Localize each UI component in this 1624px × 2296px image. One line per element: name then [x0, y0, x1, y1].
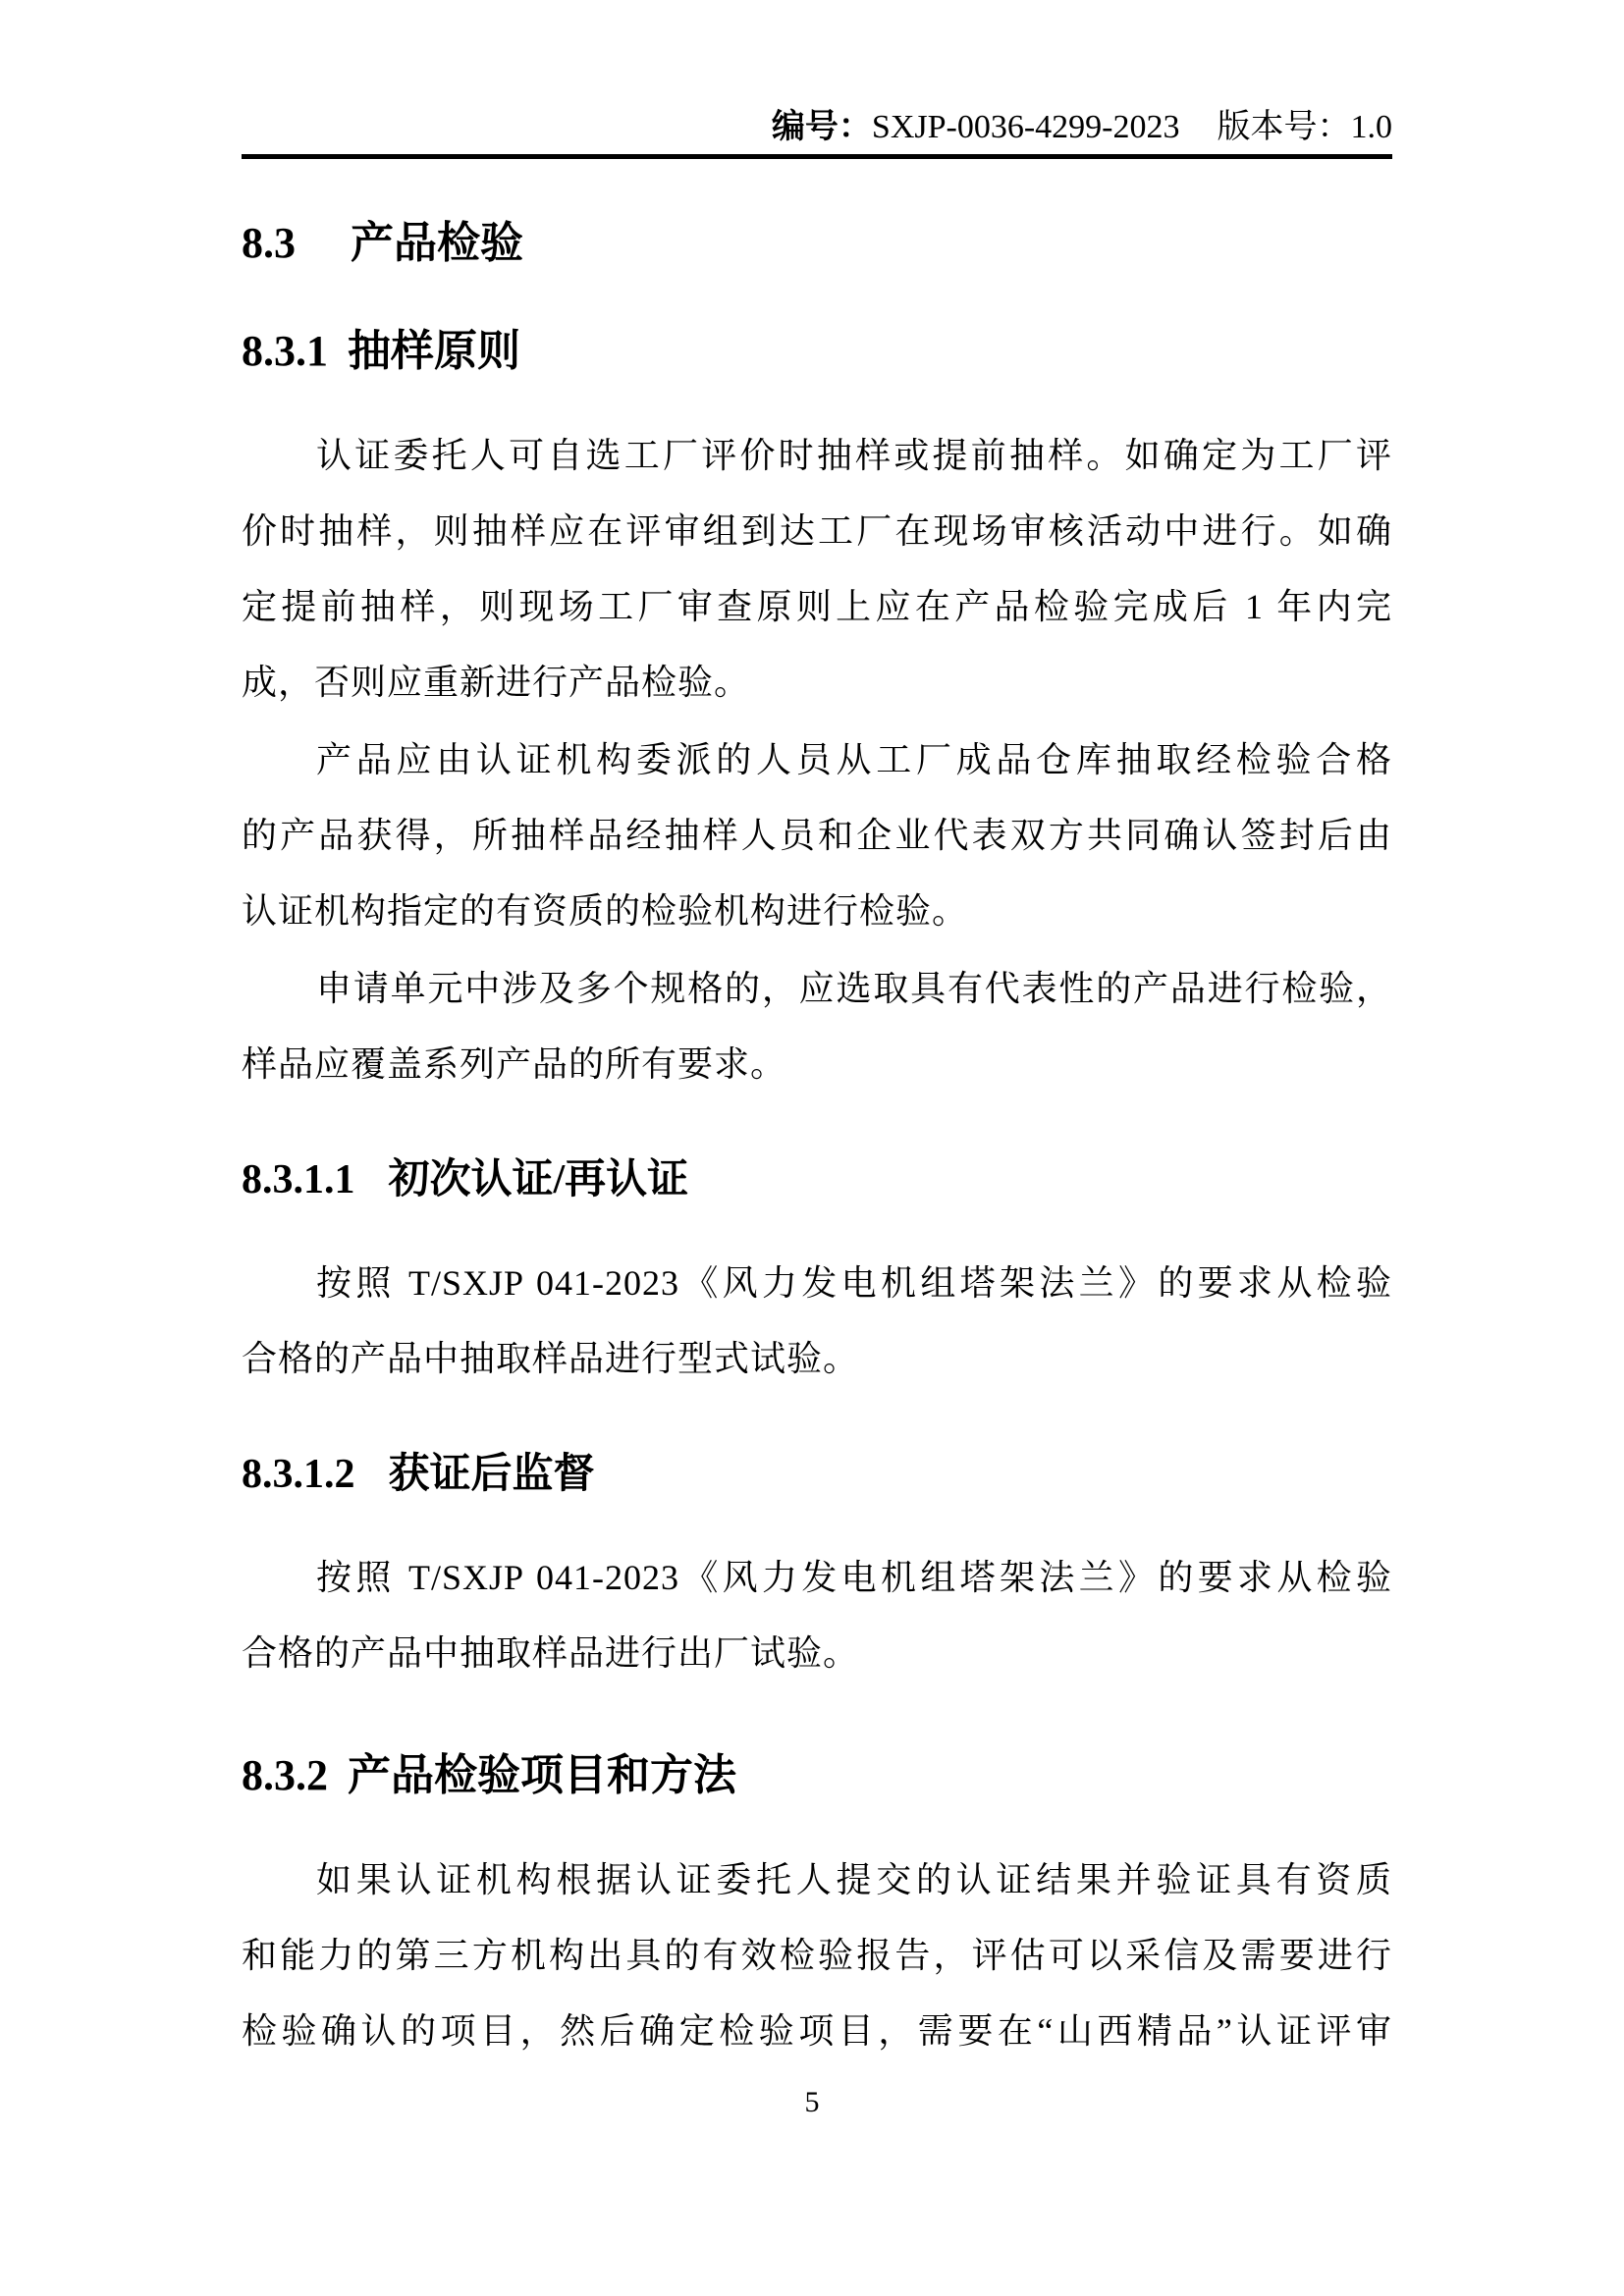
heading-number: 8.3 [242, 219, 296, 267]
text-line: 和能力的第三方机构出具的有效检验报告，评估可以采信及需要进行 [242, 1918, 1392, 1994]
text-line: 认证委托人可自选工厂评价时抽样或提前抽样。如确定为工厂评 [242, 418, 1392, 494]
heading-title: 抽样原则 [348, 327, 520, 375]
section-heading-8.3: 8.3产品检验 [242, 220, 1392, 267]
doc-number: SXJP-0036-4299-2023 [872, 109, 1180, 145]
text-line: 的产品获得，所抽样品经抽样人员和企业代表双方共同确认签封后由 [242, 798, 1392, 874]
section-heading-8.3.1.1: 8.3.1.1初次认证/再认证 [242, 1157, 1392, 1202]
paragraph: 按照 T/SXJP 041-2023《风力发电机组塔架法兰》的要求从检验合格的产… [242, 1540, 1392, 1691]
text-line: 产品应由认证机构委派的人员从工厂成品仓库抽取经检验合格 [242, 722, 1392, 798]
version-value: 1.0 [1351, 109, 1393, 145]
heading-title: 产品检验 [351, 219, 523, 267]
text-line: 按照 T/SXJP 041-2023《风力发电机组塔架法兰》的要求从检验 [242, 1246, 1392, 1321]
section-heading-8.3.2: 8.3.2产品检验项目和方法 [242, 1752, 1392, 1799]
heading-number: 8.3.1 [242, 327, 328, 375]
heading-title: 获证后监督 [389, 1452, 595, 1497]
page-header: 编号：SXJP-0036-4299-2023版本号：1.0 [242, 0, 1392, 148]
section-heading-8.3.1.2: 8.3.1.2获证后监督 [242, 1452, 1392, 1497]
paragraph: 产品应由认证机构委派的人员从工厂成品仓库抽取经检验合格的产品获得，所抽样品经抽样… [242, 722, 1392, 949]
document-page: 编号：SXJP-0036-4299-2023版本号：1.0 8.3产品检验8.3… [0, 0, 1624, 2296]
text-line: 成，否则应重新进行产品检验。 [242, 645, 1392, 721]
page-number: 5 [0, 2085, 1624, 2120]
document-body: 8.3产品检验8.3.1抽样原则认证委托人可自选工厂评价时抽样或提前抽样。如确定… [242, 220, 1392, 2069]
version-label: 版本号： [1218, 109, 1351, 145]
content-column: 编号：SXJP-0036-4299-2023版本号：1.0 8.3产品检验8.3… [242, 0, 1392, 2069]
heading-title: 初次认证/再认证 [389, 1157, 689, 1202]
paragraph: 如果认证机构根据认证委托人提交的认证结果并验证具有资质和能力的第三方机构出具的有… [242, 1842, 1392, 2069]
doc-number-label: 编号： [772, 108, 872, 145]
paragraph: 认证委托人可自选工厂评价时抽样或提前抽样。如确定为工厂评价时抽样，则抽样应在评审… [242, 418, 1392, 721]
paragraph: 申请单元中涉及多个规格的，应选取具有代表性的产品进行检验，样品应覆盖系列产品的所… [242, 951, 1392, 1102]
text-line: 定提前抽样，则现场工厂审查原则上应在产品检验完成后 1 年内完 [242, 569, 1392, 645]
text-line: 样品应覆盖系列产品的所有要求。 [242, 1027, 1392, 1102]
text-line: 申请单元中涉及多个规格的，应选取具有代表性的产品进行检验， [242, 951, 1392, 1027]
text-line: 价时抽样，则抽样应在评审组到达工厂在现场审核活动中进行。如确 [242, 494, 1392, 569]
paragraph: 按照 T/SXJP 041-2023《风力发电机组塔架法兰》的要求从检验合格的产… [242, 1246, 1392, 1397]
section-heading-8.3.1: 8.3.1抽样原则 [242, 328, 1392, 375]
text-line: 检验确认的项目，然后确定检验项目，需要在“山西精品”认证评审 [242, 1994, 1392, 2069]
heading-number: 8.3.1.1 [242, 1157, 355, 1202]
text-line: 按照 T/SXJP 041-2023《风力发电机组塔架法兰》的要求从检验 [242, 1540, 1392, 1616]
text-line: 如果认证机构根据认证委托人提交的认证结果并验证具有资质 [242, 1842, 1392, 1918]
heading-number: 8.3.1.2 [242, 1452, 355, 1497]
heading-title: 产品检验项目和方法 [348, 1751, 736, 1799]
text-line: 合格的产品中抽取样品进行型式试验。 [242, 1321, 1392, 1397]
text-line: 认证机构指定的有资质的检验机构进行检验。 [242, 874, 1392, 949]
header-rule [242, 154, 1392, 159]
text-line: 合格的产品中抽取样品进行出厂试验。 [242, 1616, 1392, 1691]
heading-number: 8.3.2 [242, 1751, 328, 1799]
